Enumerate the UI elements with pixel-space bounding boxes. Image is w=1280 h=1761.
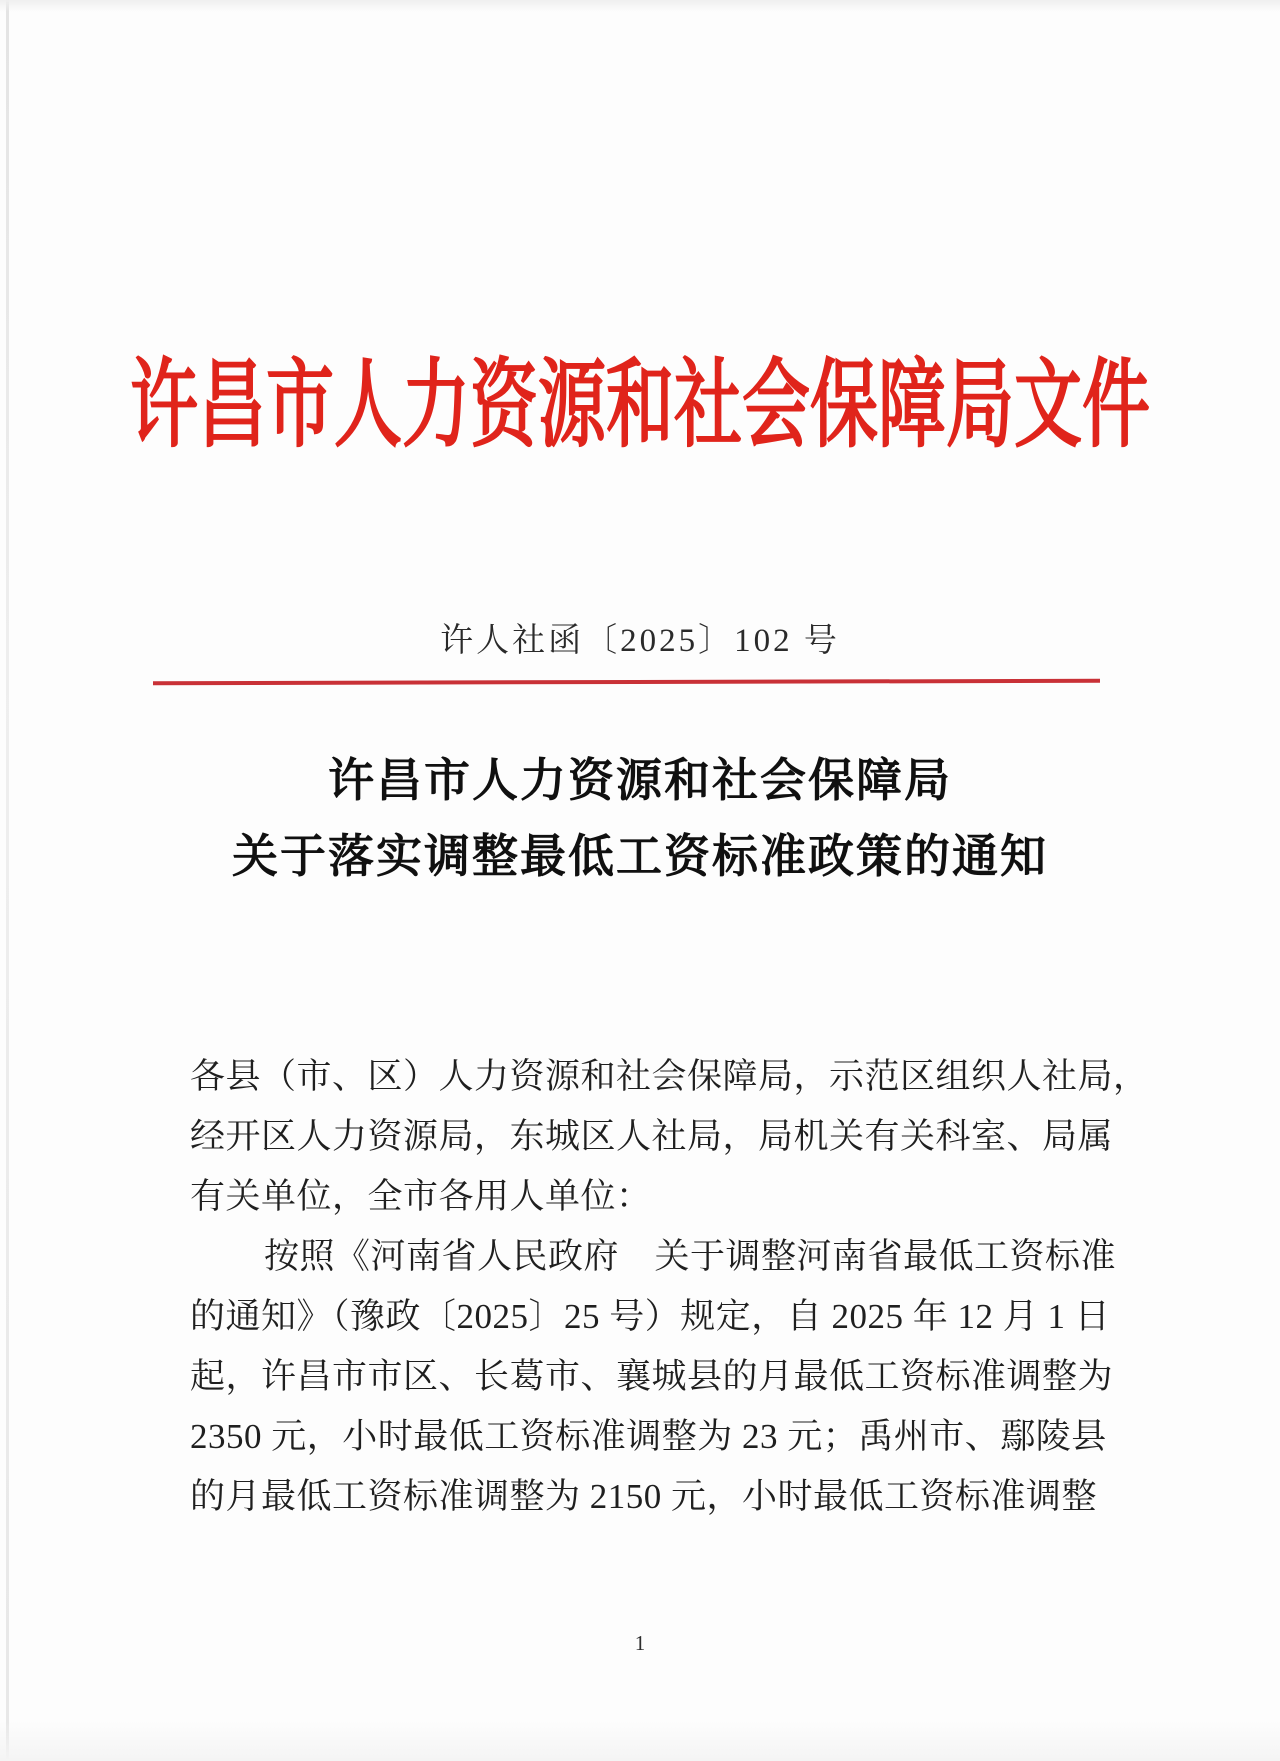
document-title-line2: 关于落实调整最低工资标准政策的通知 — [0, 819, 1280, 895]
body-line: 2350 元，小时最低工资标准调整为 23 元；禹州市、鄢陵县 — [190, 1407, 1120, 1467]
agency-letterhead-title: 许昌市人力资源和社会保障局文件 — [0, 357, 1280, 454]
document-title-line1: 许昌市人力资源和社会保障局 — [0, 743, 1280, 819]
page-number: 1 — [0, 1631, 1280, 1656]
document-reference-number: 许人社函〔2025〕102 号 — [0, 619, 1280, 663]
document-title: 许昌市人力资源和社会保障局 关于落实调整最低工资标准政策的通知 — [0, 743, 1280, 895]
body-line: 的通知》（豫政〔2025〕25 号）规定，自 2025 年 12 月 1 日 — [190, 1287, 1120, 1347]
red-divider-line — [153, 679, 1100, 685]
document-body: 各县（市、区）人力资源和社会保障局，示范区组织人社局， 经开区人力资源局，东城区… — [190, 1047, 1120, 1527]
body-line: 起，许昌市市区、长葛市、襄城县的月最低工资标准调整为 — [190, 1347, 1120, 1407]
body-line: 各县（市、区）人力资源和社会保障局，示范区组织人社局， — [190, 1047, 1120, 1107]
document-page: 许昌市人力资源和社会保障局文件 许人社函〔2025〕102 号 许昌市人力资源和… — [0, 0, 1280, 1761]
body-line: 按照《河南省人民政府 关于调整河南省最低工资标准 — [190, 1227, 1120, 1287]
body-line: 的月最低工资标准调整为 2150 元，小时最低工资标准调整 — [190, 1467, 1120, 1527]
scan-edge-artifact-bottom — [0, 1721, 1280, 1761]
body-line: 有关单位，全市各用人单位： — [190, 1167, 1120, 1227]
body-line: 经开区人力资源局，东城区人社局，局机关有关科室、局属 — [190, 1107, 1120, 1167]
scan-edge-artifact-top — [0, 0, 1280, 12]
